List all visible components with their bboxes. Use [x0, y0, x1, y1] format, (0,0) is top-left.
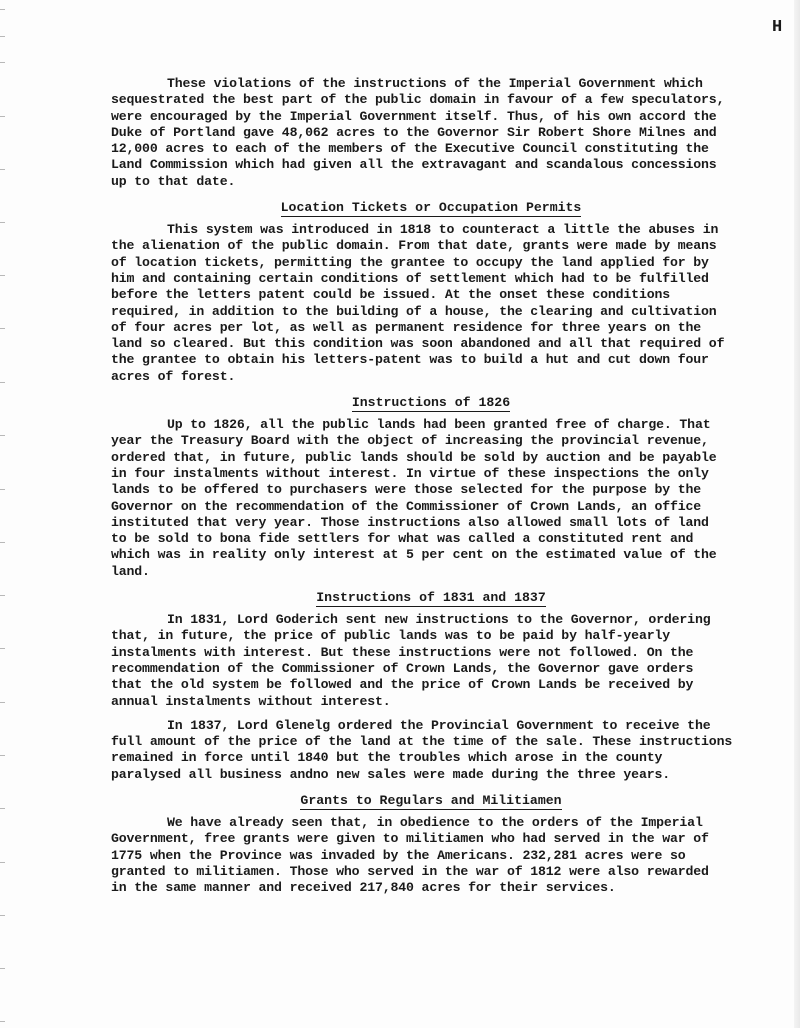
paragraph: These violations of the instructions of …: [111, 76, 751, 190]
paragraph: In 1837, Lord Glenelg ordered the Provin…: [111, 718, 751, 783]
section-instructions-1826: Instructions of 1826 Up to 1826, all the…: [111, 393, 751, 580]
margin-tick-marks: [0, 0, 8, 1028]
section-location-tickets: Location Tickets or Occupation Permits T…: [111, 198, 751, 385]
section-grants-regulars-militiamen: Grants to Regulars and Militiamen We hav…: [111, 791, 751, 896]
section-instructions-1831-1837: Instructions of 1831 and 1837 In 1831, L…: [111, 588, 751, 783]
paragraph: In 1831, Lord Goderich sent new instruct…: [111, 612, 751, 710]
document-page: H These violations of the instructions o…: [0, 0, 800, 1028]
section-heading: Location Tickets or Occupation Permits: [281, 200, 582, 217]
page-edge-shadow: [794, 0, 800, 1028]
section-heading: Grants to Regulars and Militiamen: [300, 793, 561, 810]
intro-section: These violations of the instructions of …: [111, 76, 751, 190]
section-heading: Instructions of 1831 and 1837: [316, 590, 546, 607]
paragraph: We have already seen that, in obedience …: [111, 815, 751, 896]
document-body: These violations of the instructions of …: [111, 76, 751, 896]
paragraph: This system was introduced in 1818 to co…: [111, 222, 751, 385]
page-marker: H: [772, 18, 782, 37]
paragraph: Up to 1826, all the public lands had bee…: [111, 417, 751, 580]
section-heading: Instructions of 1826: [352, 395, 510, 412]
